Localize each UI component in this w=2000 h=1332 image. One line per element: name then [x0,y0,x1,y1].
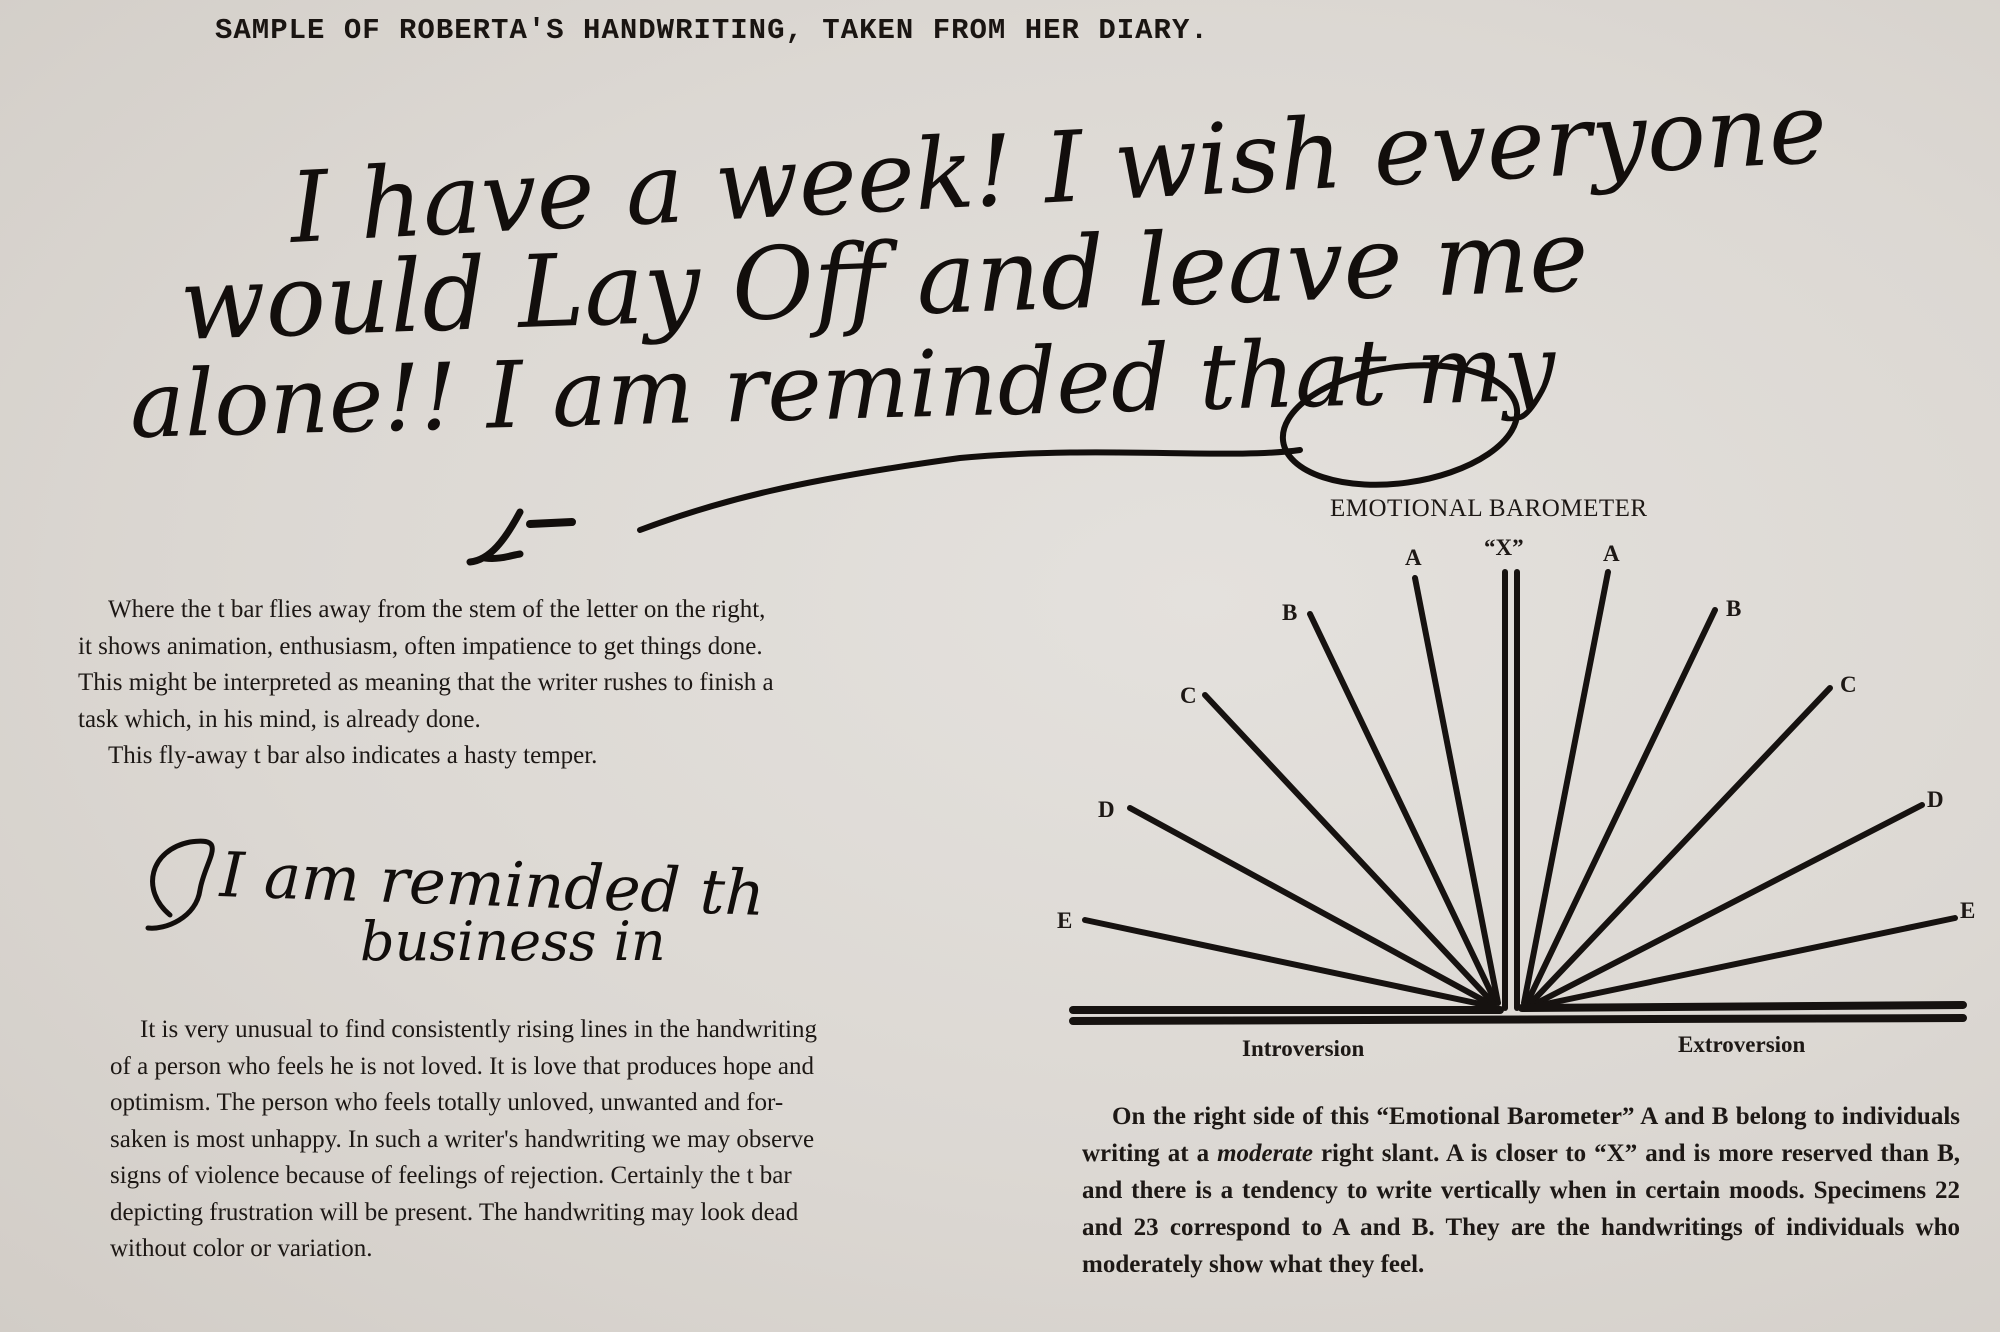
handwriting-sample-1: I have a week! I wish everyone would Lay… [0,0,2000,580]
paragraph-line: Where the t bar flies away from the stem… [78,592,958,629]
label-left-b: B [1282,600,1297,626]
t-bar-icon [530,522,572,524]
paragraph-barometer-explanation: On the right side of this “Emotional Bar… [1082,1098,1960,1283]
paragraph-line: without color or variation. [110,1231,990,1268]
paragraph-line: optimism. The person who feels totally u… [110,1085,990,1122]
axis-label-introversion: Introversion [1242,1036,1364,1062]
handwriting-sample-2: I am reminded th business in [130,820,1030,990]
paragraph-line: of a person who feels he is not loved. I… [110,1049,990,1086]
paragraph-line: It is very unusual to find consistently … [110,1012,990,1049]
paragraph-body: On the right side of this “Emotional Bar… [1082,1098,1960,1283]
handwriting-strokes [0,0,2000,580]
handwriting-strokes [130,820,1030,990]
paragraph-line: This fly-away t bar also indicates a has… [78,738,958,775]
label-right-b: B [1726,596,1741,622]
paragraph-line: it shows animation, enthusiasm, often im… [78,629,958,666]
paragraph-line: depicting frustration will be present. T… [110,1195,990,1232]
paragraph-line: signs of violence because of feelings of… [110,1158,990,1195]
paragraph-line: This might be interpreted as meaning tha… [78,665,958,702]
label-right-c: C [1840,672,1857,698]
label-left-c: C [1180,683,1197,709]
label-right-e: E [1960,898,1975,924]
label-left-e: E [1057,908,1072,934]
label-right-d: D [1927,787,1944,813]
emphasis-text: moderate [1217,1140,1313,1167]
paragraph-line: task which, in his mind, is already done… [78,702,958,739]
t-stem-icon [470,512,520,562]
t-bar-stroke-icon [640,450,1300,530]
paragraph-line: saken is most unhappy. In such a writer'… [110,1122,990,1159]
circle-mark-icon [1275,351,1525,499]
paragraph-unloved: It is very unusual to find consistently … [110,1012,990,1268]
paragraph-t-bar: Where the t bar flies away from the stem… [78,592,958,775]
label-left-d: D [1098,797,1115,823]
axis-label-extroversion: Extroversion [1678,1032,1805,1058]
loop-stroke-icon [148,841,212,928]
